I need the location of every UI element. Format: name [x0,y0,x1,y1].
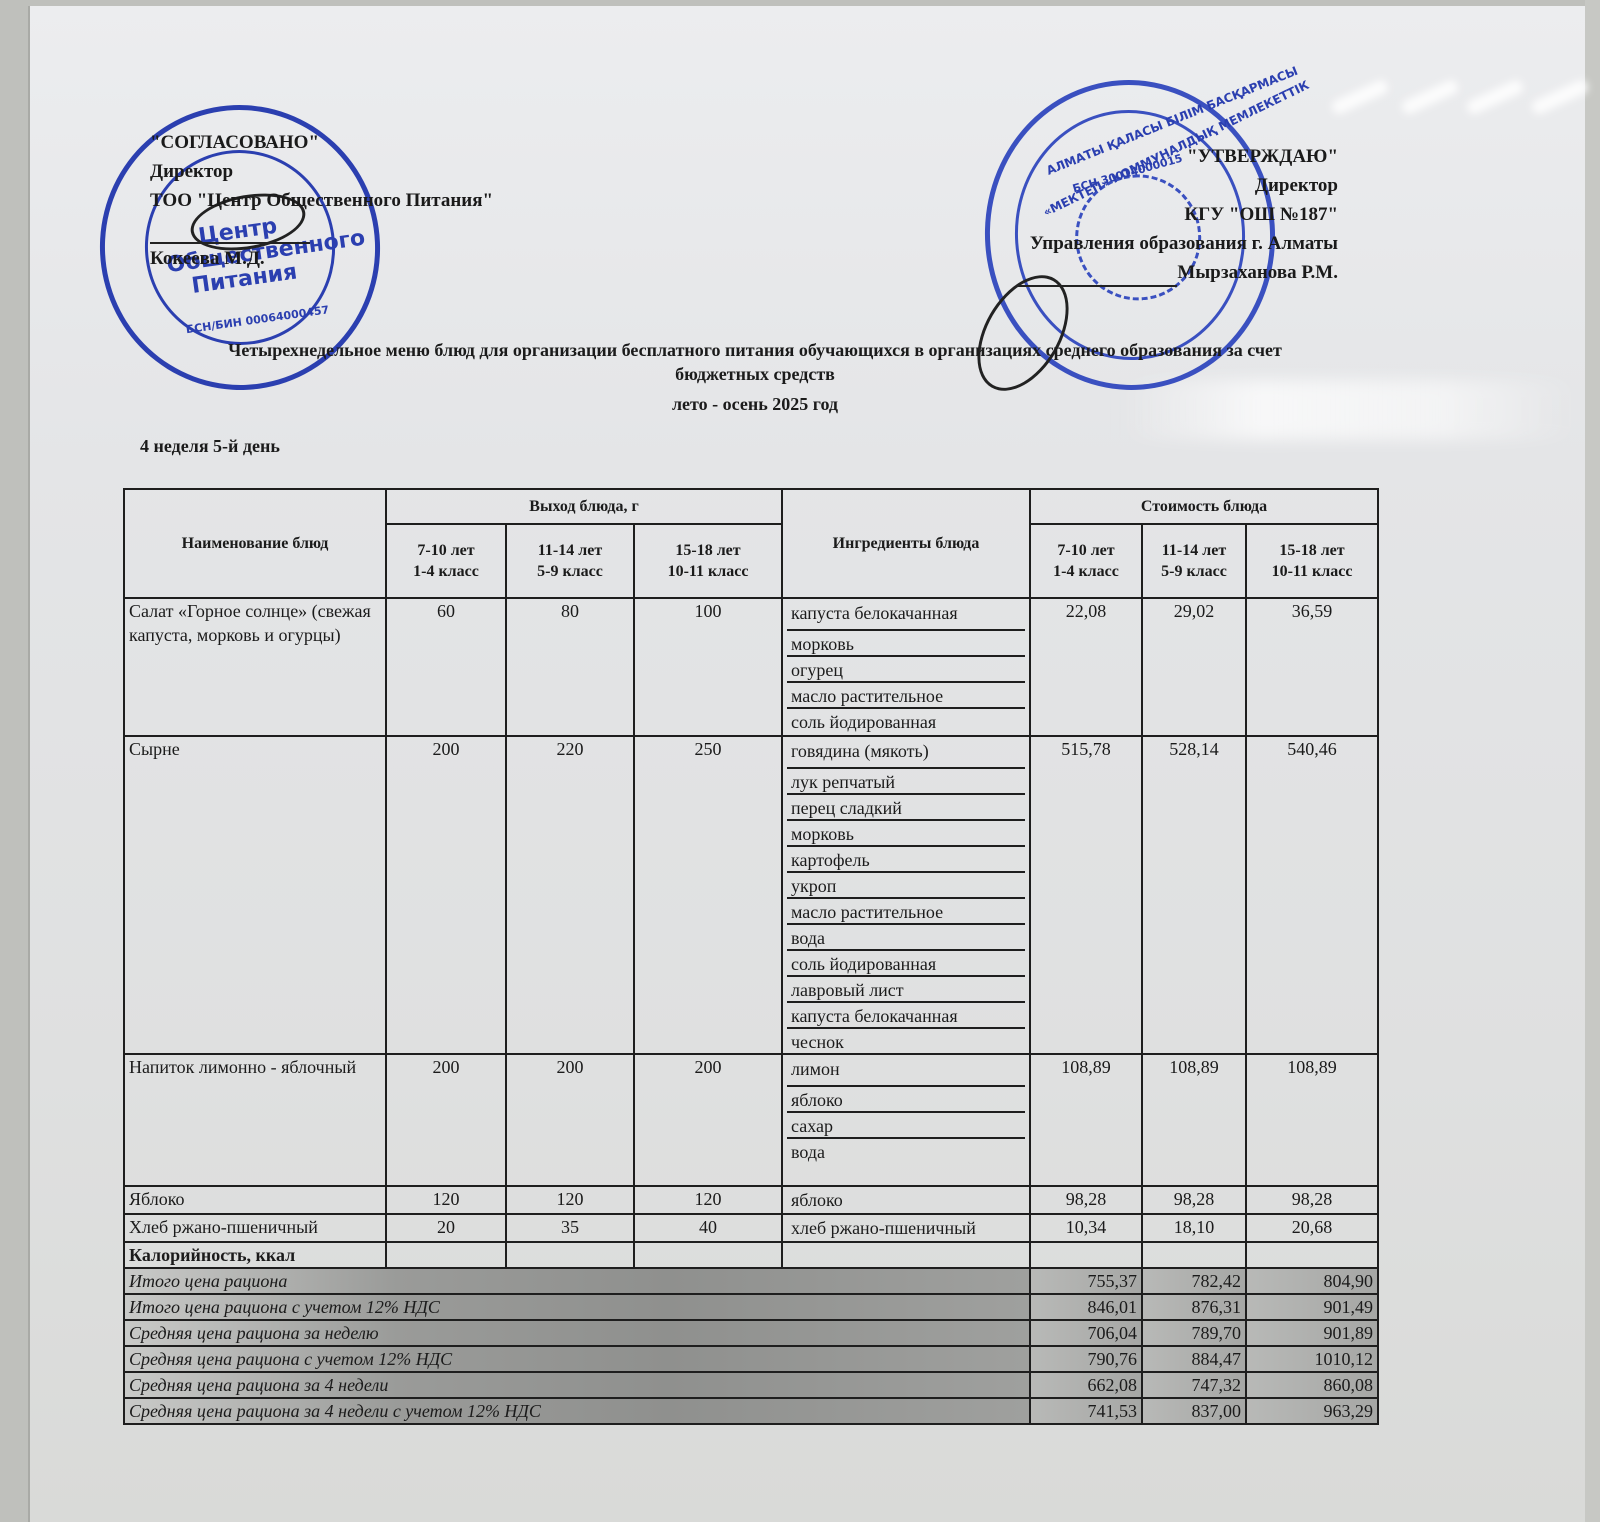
total-label: Средняя цена рациона за 4 недели с учето… [124,1398,1030,1424]
dish-yield: 200 [634,1054,782,1186]
ingredient-list: яблоко [782,1186,1030,1214]
header-cost-age-group: 7-10 лет1-4 класс [1030,524,1142,598]
dish-cost: 22,08 [1030,598,1142,736]
header-yield: Выход блюда, г [386,489,782,524]
dish-yield: 200 [386,736,506,1054]
total-value: 846,01 [1030,1294,1142,1320]
calories-label: Калорийность, ккал [124,1242,386,1268]
dish-yield: 200 [386,1054,506,1186]
total-value: 662,08 [1030,1372,1142,1398]
total-row: Итого цена рациона с учетом 12% НДС846,0… [124,1294,1378,1320]
calories-row: Калорийность, ккал [124,1242,1378,1268]
age-range: 7-10 лет [1035,540,1137,561]
calories-value [782,1242,1030,1268]
total-label: Итого цена рациона с учетом 12% НДС [124,1294,1030,1320]
ingredient-item: капуста белокачанная [787,599,1025,631]
ingredient-item: укроп [787,873,1025,899]
age-range: 11-14 лет [511,540,629,561]
signature-line [1017,265,1177,287]
age-range: 11-14 лет [1147,540,1241,561]
dish-yield: 120 [634,1186,782,1214]
dish-row: Хлеб ржано-пшеничный203540хлеб ржано-пше… [124,1214,1378,1242]
age-range: 7-10 лет [391,540,501,561]
total-value: 790,76 [1030,1346,1142,1372]
dish-name: Яблоко [124,1186,386,1214]
dish-cost: 108,89 [1030,1054,1142,1186]
ingredient-list: говядина (мякоть)лук репчатыйперец сладк… [782,736,1030,1054]
ingredient-item: огурец [787,657,1025,683]
header-cost-age-group: 11-14 лет5-9 класс [1142,524,1246,598]
dish-yield: 120 [386,1186,506,1214]
calories-value [1030,1242,1142,1268]
total-row: Средняя цена рациона за 4 недели с учето… [124,1398,1378,1424]
ingredient-item: лук репчатый [787,769,1025,795]
total-value: 755,37 [1030,1268,1142,1294]
total-value: 706,04 [1030,1320,1142,1346]
dish-yield: 220 [506,736,634,1054]
header-ingredients: Ингредиенты блюда [782,489,1030,598]
header-dish-name: Наименование блюд [124,489,386,598]
approval-position: Директор [150,157,493,186]
total-label: Средняя цена рациона с учетом 12% НДС [124,1346,1030,1372]
dish-cost: 98,28 [1246,1186,1378,1214]
document-season: лето - осень 2025 год [140,394,1370,415]
header-cost-age-group: 15-18 лет10-11 класс [1246,524,1378,598]
ingredient-list: капуста белокачаннаяморковьогурецмасло р… [782,598,1030,736]
grade-range: 10-11 класс [639,561,777,582]
total-value: 876,31 [1142,1294,1246,1320]
calories-value [1246,1242,1378,1268]
approval-heading: "УТВЕРЖДАЮ" [1017,142,1338,171]
signature-line [150,215,493,244]
calories-value [1142,1242,1246,1268]
grade-range: 1-4 класс [391,561,501,582]
dish-yield: 20 [386,1214,506,1242]
grade-range: 5-9 класс [1147,561,1241,582]
dish-yield: 80 [506,598,634,736]
total-row: Средняя цена рациона за неделю706,04789,… [124,1320,1378,1346]
ingredient-item: капуста белокачанная [787,1003,1025,1029]
total-row: Средняя цена рациона с учетом 12% НДС790… [124,1346,1378,1372]
dish-row: Напиток лимонно - яблочный200200200лимон… [124,1054,1378,1186]
ingredient-item: вода [787,925,1025,951]
ingredient-item: масло растительное [787,683,1025,709]
grade-range: 5-9 класс [511,561,629,582]
approval-name: Кокеева М.Д. [150,244,493,273]
total-row: Итого цена рациона755,37782,42804,90 [124,1268,1378,1294]
dish-row: Сырне200220250говядина (мякоть)лук репча… [124,736,1378,1054]
dish-row: Салат «Горное солнце» (свежая капуста, м… [124,598,1378,736]
ingredient-item: сахар [787,1113,1025,1139]
ingredient-item: говядина (мякоть) [787,737,1025,769]
total-value: 963,29 [1246,1398,1378,1424]
ingredient-item: перец сладкий [787,795,1025,821]
total-value: 860,08 [1246,1372,1378,1398]
total-value: 789,70 [1142,1320,1246,1346]
ingredient-item: вода [787,1139,1025,1163]
ingredient-item: чеснок [787,1029,1025,1053]
approval-block-agreed: "СОГЛАСОВАНО" Директор ТОО "Центр Общест… [150,128,493,273]
dish-yield: 60 [386,598,506,736]
approval-department: Управления образования г. Алматы [1017,229,1338,258]
dish-yield: 250 [634,736,782,1054]
total-value: 804,90 [1246,1268,1378,1294]
dish-cost: 20,68 [1246,1214,1378,1242]
total-value: 741,53 [1030,1398,1142,1424]
total-label: Итого цена рациона [124,1268,1030,1294]
dish-yield: 120 [506,1186,634,1214]
ingredient-list: хлеб ржано-пшеничный [782,1214,1030,1242]
ingredient-item: лимон [787,1055,1025,1087]
dish-cost: 515,78 [1030,736,1142,1054]
total-value: 747,32 [1142,1372,1246,1398]
total-value: 782,42 [1142,1268,1246,1294]
approval-block-approved: "УТВЕРЖДАЮ" Директор КГУ "ОШ №187" Управ… [1017,142,1338,287]
dish-cost: 528,14 [1142,736,1246,1054]
dish-cost: 540,46 [1246,736,1378,1054]
dish-yield: 40 [634,1214,782,1242]
ingredient-item: картофель [787,847,1025,873]
document-title: Четырехнедельное меню блюд для организац… [140,340,1370,361]
total-value: 901,49 [1246,1294,1378,1320]
dish-yield: 35 [506,1214,634,1242]
calories-value [506,1242,634,1268]
dish-cost: 10,34 [1030,1214,1142,1242]
dish-yield: 200 [506,1054,634,1186]
ingredient-item: соль йодированная [787,709,1025,733]
header-yield-age-group: 7-10 лет1-4 класс [386,524,506,598]
grade-range: 1-4 класс [1035,561,1137,582]
document-title-continued: бюджетных средств [140,364,1370,385]
dish-cost: 29,02 [1142,598,1246,736]
approval-organization: КГУ "ОШ №187" [1017,200,1338,229]
ingredient-item: лавровый лист [787,977,1025,1003]
ingredient-item: яблоко [787,1087,1025,1113]
header-yield-age-group: 15-18 лет10-11 класс [634,524,782,598]
total-value: 884,47 [1142,1346,1246,1372]
ingredient-item: хлеб ржано-пшеничный [787,1215,1025,1239]
approval-organization: ТОО "Центр Общественного Питания" [150,186,493,215]
approval-position: Директор [1017,171,1338,200]
ingredient-item: морковь [787,631,1025,657]
calories-value [634,1242,782,1268]
approval-name: Мырзаханова Р.М. [1177,262,1338,283]
ingredient-list: лимоняблокосахарвода [782,1054,1030,1186]
dish-name: Салат «Горное солнце» (свежая капуста, м… [124,598,386,736]
dish-cost: 108,89 [1246,1054,1378,1186]
menu-table: Наименование блюд Выход блюда, г Ингреди… [123,488,1379,1425]
header-yield-age-group: 11-14 лет5-9 класс [506,524,634,598]
dish-cost: 98,28 [1142,1186,1246,1214]
ingredient-item: масло растительное [787,899,1025,925]
age-range: 15-18 лет [1251,540,1373,561]
ingredient-item: яблоко [787,1187,1025,1211]
age-range: 15-18 лет [639,540,777,561]
dish-cost: 36,59 [1246,598,1378,736]
total-row: Средняя цена рациона за 4 недели662,0874… [124,1372,1378,1398]
total-label: Средняя цена рациона за 4 недели [124,1372,1030,1398]
total-value: 1010,12 [1246,1346,1378,1372]
total-label: Средняя цена рациона за неделю [124,1320,1030,1346]
dish-name: Хлеб ржано-пшеничный [124,1214,386,1242]
approval-heading: "СОГЛАСОВАНО" [150,128,493,157]
total-value: 837,00 [1142,1398,1246,1424]
ingredient-item: морковь [787,821,1025,847]
dish-cost: 108,89 [1142,1054,1246,1186]
header-cost: Стоимость блюда [1030,489,1378,524]
dish-name: Сырне [124,736,386,1054]
day-label: 4 неделя 5-й день [140,436,280,457]
total-value: 901,89 [1246,1320,1378,1346]
dish-row: Яблоко120120120яблоко98,2898,2898,28 [124,1186,1378,1214]
plastic-sleeve-edge [1585,0,1600,1522]
dish-cost: 98,28 [1030,1186,1142,1214]
dish-yield: 100 [634,598,782,736]
ingredient-item: соль йодированная [787,951,1025,977]
grade-range: 10-11 класс [1251,561,1373,582]
calories-value [386,1242,506,1268]
approval-signature-row: Мырзаханова Р.М. [1017,258,1338,287]
dish-cost: 18,10 [1142,1214,1246,1242]
dish-name: Напиток лимонно - яблочный [124,1054,386,1186]
